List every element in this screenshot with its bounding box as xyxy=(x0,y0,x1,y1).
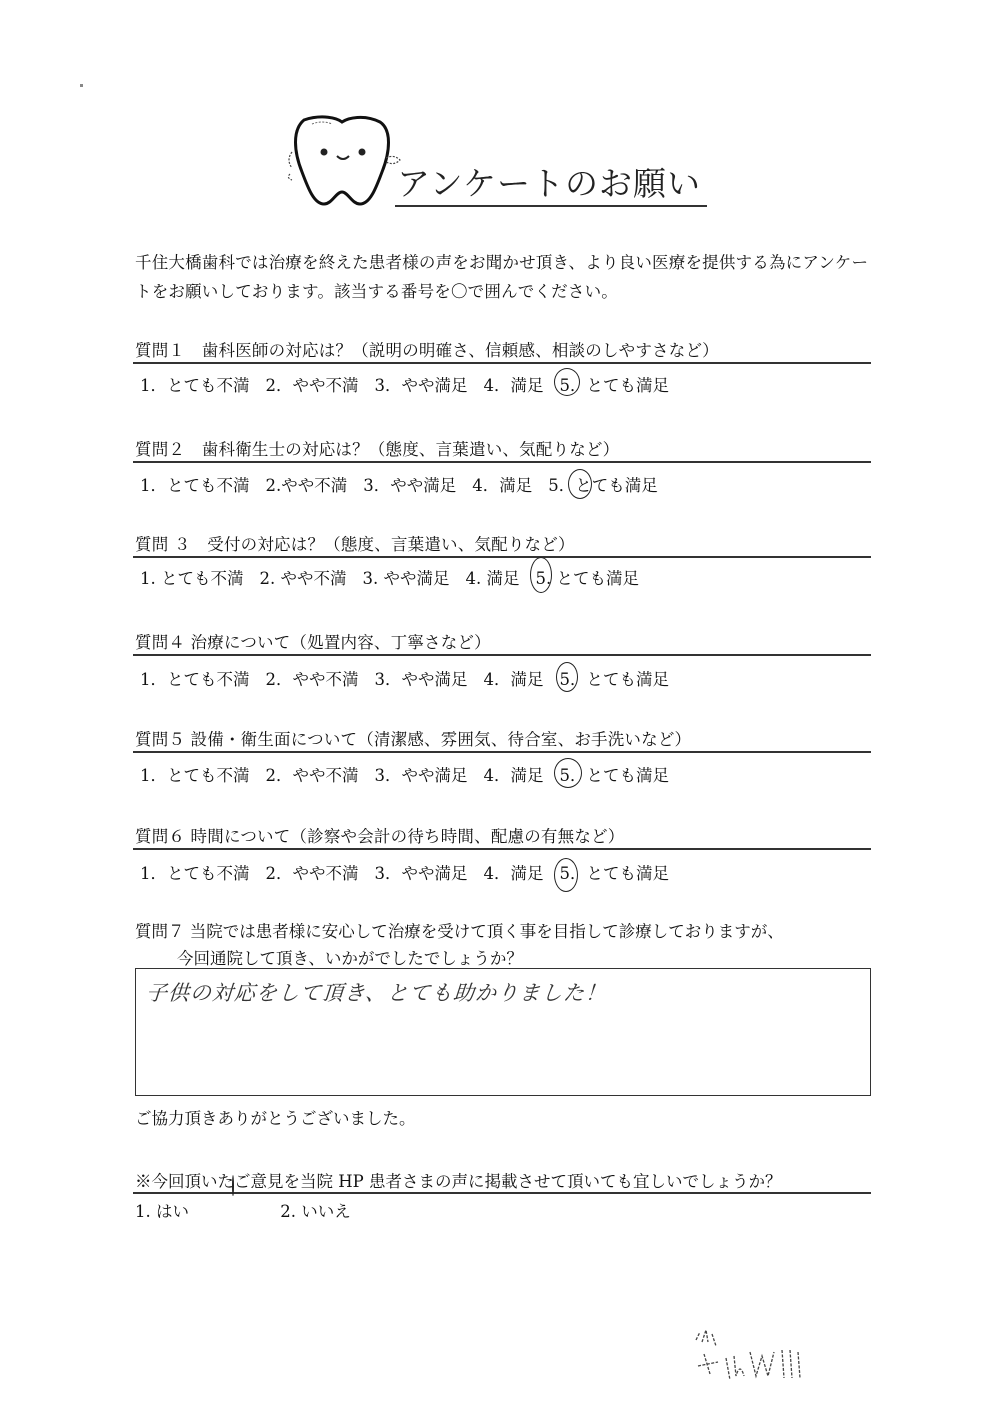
q2-option-4[interactable]: 4．満足 xyxy=(472,472,532,496)
question-4-title: 質問４ 治療について（処置内容、丁寧さなど） xyxy=(135,629,491,653)
q4-option-4[interactable]: 4．満足 xyxy=(484,666,544,690)
q1-option-5-label: 5．とても満足 xyxy=(560,376,670,395)
question-2-title: 質問２ 歯科衛生士の対応は？（態度、言葉遣い、気配りなど） xyxy=(135,436,619,460)
q5-option-5-selected[interactable]: 5．とても満足 xyxy=(560,762,670,786)
q5-option-1[interactable]: 1．とても不満 xyxy=(140,762,250,786)
intro-text: 千住大橋歯科では治療を終えた患者様の声をお聞かせ頂き、より良い医療を提供する為に… xyxy=(135,248,875,306)
publish-consent-question: ※今回頂いたご意見を当院 HP 患者さまの声に掲載させて頂いても宜しいでしょうか… xyxy=(135,1168,781,1192)
title-underline xyxy=(395,205,707,207)
question-2-divider xyxy=(133,461,871,463)
tooth-mascot-icon xyxy=(282,112,402,212)
publish-consent-options: 1. はい 2. いいえ xyxy=(135,1198,379,1222)
q6-option-4[interactable]: 4．満足 xyxy=(484,860,544,884)
question-3-divider xyxy=(133,556,871,558)
thanks-text: ご協力頂きありがとうございました。 xyxy=(135,1105,416,1129)
q2-option-1[interactable]: 1．とても不満 xyxy=(140,472,250,496)
q4-option-1[interactable]: 1．とても不満 xyxy=(140,666,250,690)
q3-option-2[interactable]: 2. やや不満 xyxy=(260,565,347,589)
question-3-title: 質問 ３ 受付の対応は？（態度、言葉遣い、気配りなど） xyxy=(135,531,575,555)
q4-option-5-label: 5．とても満足 xyxy=(560,670,670,689)
q6-option-3[interactable]: 3．やや満足 xyxy=(375,860,468,884)
q1-option-1[interactable]: 1．とても不満 xyxy=(140,372,250,396)
q2-option-3[interactable]: 3．やや満足 xyxy=(363,472,456,496)
q5-option-2[interactable]: 2．やや不満 xyxy=(266,762,359,786)
q1-option-3[interactable]: 3．やや満足 xyxy=(375,372,468,396)
q3-option-3[interactable]: 3. やや満足 xyxy=(363,565,450,589)
q2-option-5-selected[interactable]: 5．とても満足 xyxy=(548,472,658,496)
q1-option-5-selected[interactable]: 5．とても満足 xyxy=(560,372,670,396)
publish-option-no[interactable]: 2. いいえ xyxy=(280,1202,351,1221)
q3-option-4[interactable]: 4. 満足 xyxy=(466,565,520,589)
page-title: アンケートのお願い xyxy=(397,158,701,205)
q6-option-5-selected[interactable]: 5．とても満足 xyxy=(560,860,670,884)
question-6-options: 1．とても不満 2．やや不満 3．やや満足 4．満足 5．とても満足 xyxy=(140,860,685,884)
q4-option-2[interactable]: 2．やや不満 xyxy=(266,666,359,690)
question-1-options: 1．とても不満 2．やや不満 3．やや満足 4．満足 5．とても満足 xyxy=(140,372,685,396)
question-5-options: 1．とても不満 2．やや不満 3．やや満足 4．満足 5．とても満足 xyxy=(140,762,685,786)
question-7-answer-box[interactable]: 子供の対応をして頂き、とても助かりました！ xyxy=(135,968,871,1096)
publish-divider xyxy=(133,1192,871,1194)
publish-option-yes-selected[interactable]: 1. はい xyxy=(135,1202,252,1221)
scan-speck xyxy=(80,84,83,87)
handwritten-signature xyxy=(690,1322,850,1382)
q3-option-5-selected[interactable]: 5. とても満足 xyxy=(536,565,640,589)
publish-option-yes-label: 1. はい xyxy=(135,1202,189,1221)
question-7: 質問７ 当院では患者様に安心して治療を受けて頂く事を目指して診療しておりますが、… xyxy=(135,918,784,972)
q3-option-5-label: 5. とても満足 xyxy=(536,569,640,588)
question-7-handwritten-answer: 子供の対応をして頂き、とても助かりました！ xyxy=(145,977,608,1007)
question-2-options: 1．とても不満 2.やや不満 3．やや満足 4．満足 5．とても満足 xyxy=(140,472,674,496)
q4-option-3[interactable]: 3．やや満足 xyxy=(375,666,468,690)
q5-option-3[interactable]: 3．やや満足 xyxy=(375,762,468,786)
q2-option-2[interactable]: 2.やや不満 xyxy=(266,472,348,496)
question-4-options: 1．とても不満 2．やや不満 3．やや満足 4．満足 5．とても満足 xyxy=(140,666,685,690)
q6-option-5-label: 5．とても満足 xyxy=(560,864,670,883)
q5-option-5-label: 5．とても満足 xyxy=(560,766,670,785)
question-6-divider xyxy=(133,848,871,850)
q5-option-4[interactable]: 4．満足 xyxy=(484,762,544,786)
question-7-line-1: 質問７ 当院では患者様に安心して治療を受けて頂く事を目指して診療しておりますが、 xyxy=(135,918,784,945)
q1-option-4[interactable]: 4．満足 xyxy=(484,372,544,396)
question-1-divider xyxy=(133,362,871,364)
q2-option-5-label: 5．とても満足 xyxy=(548,476,658,495)
q6-option-1[interactable]: 1．とても不満 xyxy=(140,860,250,884)
q3-option-1[interactable]: 1. とても不満 xyxy=(140,565,244,589)
q1-option-2[interactable]: 2．やや不満 xyxy=(266,372,359,396)
question-5-divider xyxy=(133,751,871,753)
question-1-title: 質問１ 歯科医師の対応は？（説明の明確さ、信頼感、相談のしやすさなど） xyxy=(135,337,719,361)
q6-option-2[interactable]: 2．やや不満 xyxy=(266,860,359,884)
q4-option-5-selected[interactable]: 5．とても満足 xyxy=(560,666,670,690)
question-3-options: 1. とても不満 2. やや不満 3. やや満足 4. 満足 5. とても満足 xyxy=(140,565,655,589)
question-4-divider xyxy=(133,654,871,656)
question-5-title: 質問５ 設備・衛生面について（清潔感、雰囲気、待合室、お手洗いなど） xyxy=(135,726,691,750)
question-6-title: 質問６ 時間について（診察や会計の待ち時間、配慮の有無など） xyxy=(135,823,624,847)
